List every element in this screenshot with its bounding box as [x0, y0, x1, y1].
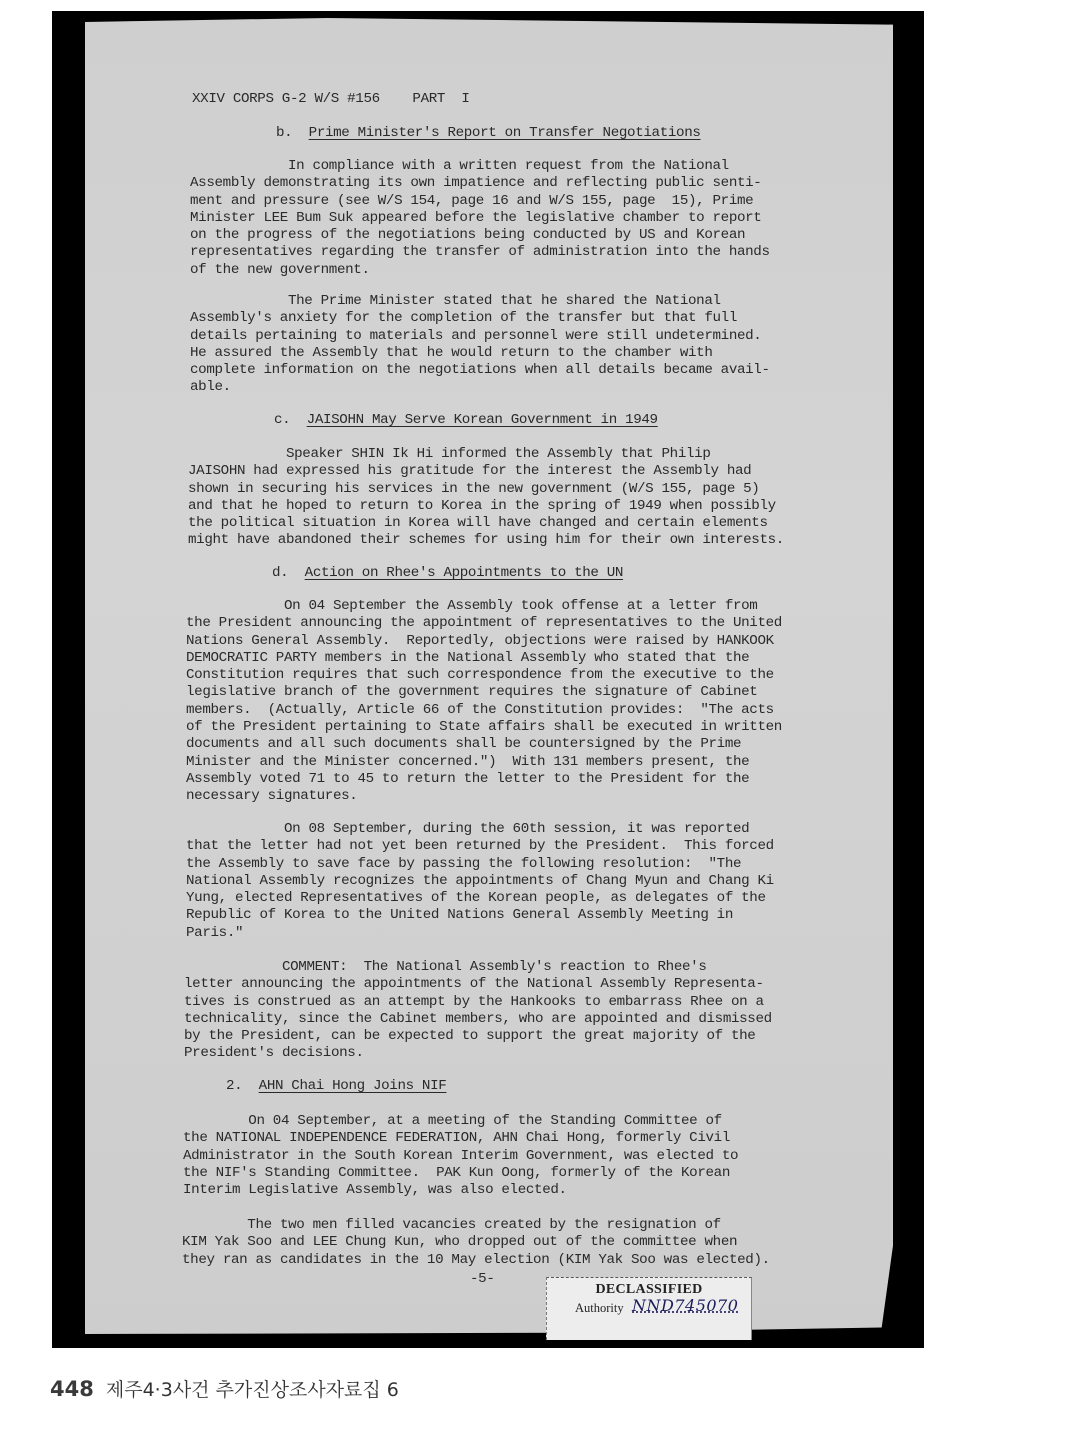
paragraph: On 08 September, during the 60th session… [186, 821, 774, 942]
paragraph: On 04 September the Assembly took offens… [186, 598, 782, 806]
document-header: XXIV CORPS G-2 W/S #156 PART I [192, 91, 470, 108]
section-b-heading: b. Prime Minister's Report on Transfer N… [276, 125, 701, 142]
comment-paragraph: COMMENT: The National Assembly's reactio… [184, 959, 772, 1063]
section-c-heading: c. JAISOHN May Serve Korean Government i… [274, 412, 658, 429]
section-title: AHN Chai Hong Joins NIF [259, 1078, 447, 1094]
stamp-authority-value: NND745070 [632, 1296, 738, 1315]
section-title: JAISOHN May Serve Korean Government in 1… [307, 412, 658, 428]
paragraph: The two men filled vacancies created by … [182, 1217, 770, 1269]
declassified-stamp: DECLASSIFIED Authority NND745070 [546, 1277, 752, 1340]
section-label: d. [272, 565, 288, 581]
paragraph: Speaker SHIN Ik Hi informed the Assembly… [188, 446, 784, 550]
section-label: c. [274, 412, 290, 428]
paragraph: On 04 September, at a meeting of the Sta… [183, 1113, 738, 1199]
section-title: Action on Rhee's Appointments to the UN [305, 565, 623, 581]
section-title: Prime Minister's Report on Transfer Nego… [309, 125, 701, 141]
section-label: 2. [226, 1078, 242, 1094]
stamp-authority-label: Authority [575, 1301, 624, 1316]
page-number: -5- [470, 1271, 495, 1288]
paragraph: The Prime Minister stated that he shared… [190, 293, 770, 397]
section-2-heading: 2. AHN Chai Hong Joins NIF [226, 1078, 446, 1095]
book-footer: 448 제주4·3사건 추가진상조사자료집 6 [50, 1375, 399, 1402]
book-page-number: 448 [50, 1377, 94, 1401]
section-label: b. [276, 125, 292, 141]
book-title: 제주4·3사건 추가진상조사자료집 6 [106, 1379, 399, 1401]
section-d-heading: d. Action on Rhee's Appointments to the … [272, 565, 623, 582]
paragraph: In compliance with a written request fro… [190, 158, 770, 279]
